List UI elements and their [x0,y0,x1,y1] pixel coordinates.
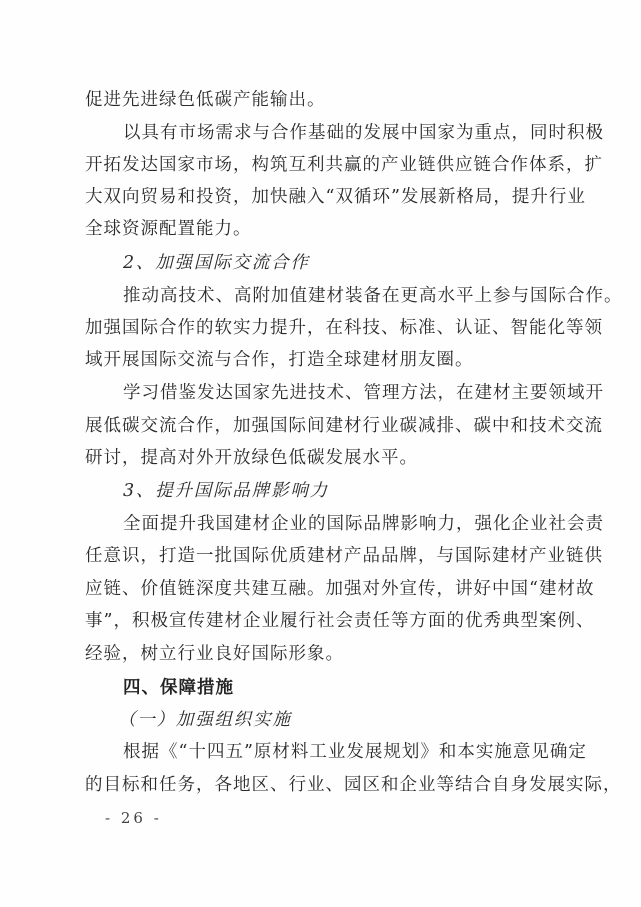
paragraph-start-line: 全面提升我国建材企业的国际品牌影响力，强化企业社会责 [123,508,557,540]
paragraph-start-line: 学习借鉴发达国家先进技术、管理方法，在建材主要领域开 [123,377,557,409]
paragraph-start-line: 以具有市场需求与合作基础的发展中国家为重点，同时积极 [123,117,557,149]
text-line: 促进先进绿色低碳产能输出。 [85,84,557,116]
paragraph-start-line: 推动高技术、高附加值建材装备在更高水平上参与国际合作。 [123,280,557,312]
text-line: 任意识，打造一批国际优质建材产品品牌，与国际建材产业链供 [85,540,557,572]
text-line: 经验，树立行业良好国际形象。 [85,638,557,670]
section-heading: 四、保障措施 [123,672,234,704]
page-number: - 26 - [105,806,162,830]
document-page: 促进先进绿色低碳产能输出。 以具有市场需求与合作基础的发展中国家为重点，同时积极… [0,0,641,907]
text-line: 应链、价值链深度共建互融。加强对外宣传，讲好中国“建材故 [85,573,557,605]
text-line: 加强国际合作的软实力提升，在科技、标准、认证、智能化等领 [85,312,557,344]
text-line: 域开展国际交流与合作，打造全球建材朋友圈。 [85,344,557,376]
text-line: 大双向贸易和投资，加快融入“双循环”发展新格局，提升行业 [85,181,557,213]
text-line: 事”，积极宣传建材企业履行社会责任等方面的优秀典型案例、 [85,605,557,637]
paragraph-start-line: 根据《“十四五”原材料工业发展规划》和本实施意见确定 [123,736,557,768]
text-line: 全球资源配置能力。 [85,213,557,245]
subsection-heading: 3、提升国际品牌影响力 [123,475,329,507]
text-line: 研讨，提高对外开放绿色低碳发展水平。 [85,442,557,474]
subsection-heading: 2、加强国际交流合作 [123,247,310,279]
text-line: 的目标和任务，各地区、行业、园区和企业等结合自身发展实际， [85,769,557,801]
text-line: 开拓发达国家市场，构筑互利共赢的产业链供应链合作体系，扩 [85,149,557,181]
text-line: 展低碳交流合作，加强国际间建材行业碳减排、碳中和技术交流 [85,410,557,442]
subsection-heading: （一）加强组织实施 [118,704,292,736]
